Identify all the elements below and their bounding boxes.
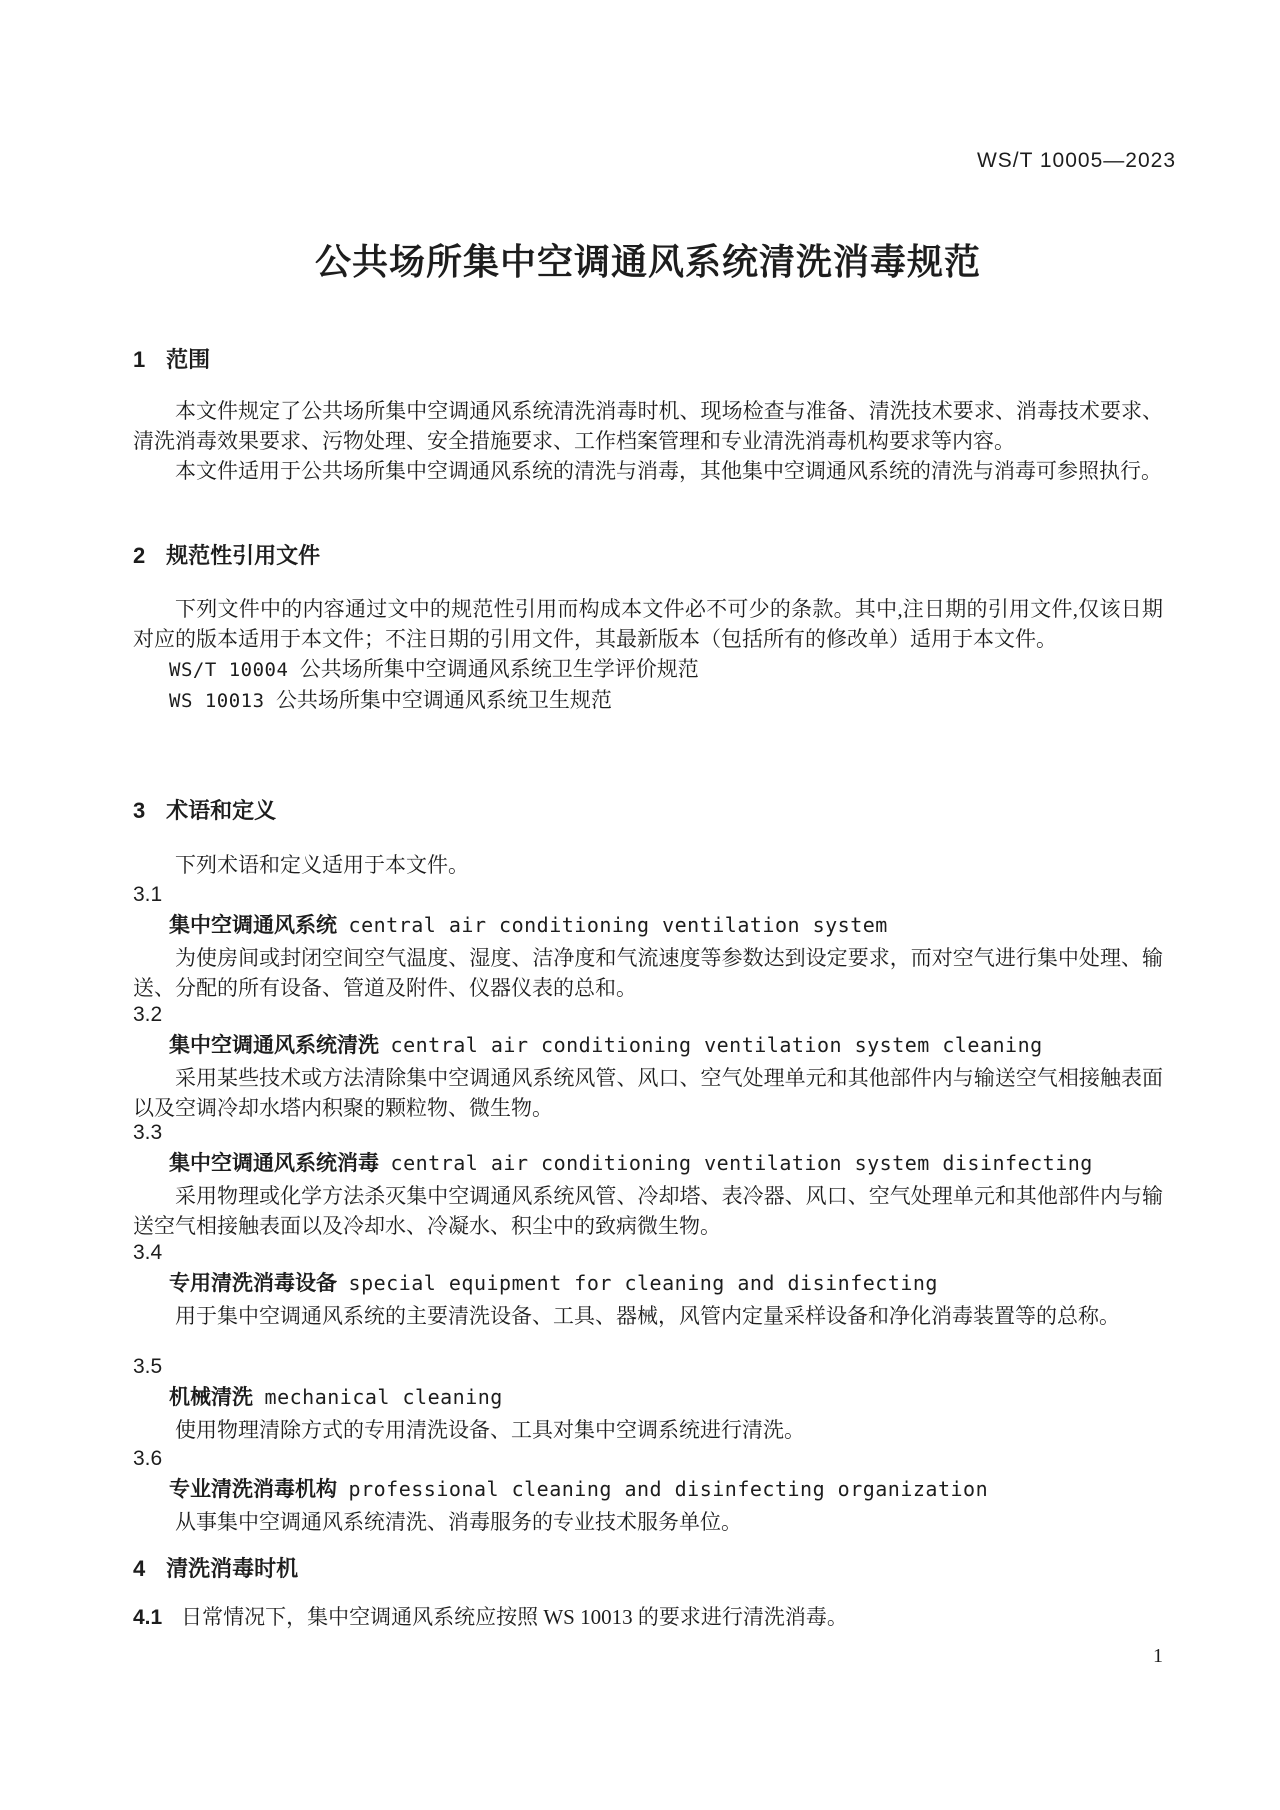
term-name-en: central air conditioning ventilation sys… (349, 913, 888, 937)
section-heading-terms: 3术语和定义 (133, 796, 1163, 826)
term-block-3-6: 3.6 专业清洗消毒机构professional cleaning and di… (133, 1444, 1163, 1537)
term-title-line: 专业清洗消毒机构professional cleaning and disinf… (133, 1474, 1163, 1507)
term-block-3-4: 3.4 专用清洗消毒设备special equipment for cleani… (133, 1238, 1163, 1331)
page-number: 1 (133, 1645, 1163, 1668)
term-name-zh: 集中空调通风系统 (169, 914, 337, 937)
term-name-en: professional cleaning and disinfecting o… (349, 1477, 989, 1501)
section-heading-normative-refs: 2规范性引用文件 (133, 541, 1163, 571)
term-name-zh: 专用清洗消毒设备 (169, 1272, 337, 1295)
section-heading-text: 规范性引用文件 (166, 543, 320, 568)
document-page: WS/T 10005—2023 公共场所集中空调通风系统清洗消毒规范 1范围 本… (0, 0, 1280, 1810)
term-name-zh: 集中空调通风系统清洗 (169, 1034, 379, 1057)
clause-4-1: 4.1日常情况下，集中空调通风系统应按照 WS 10013 的要求进行清洗消毒。 (133, 1602, 1163, 1633)
reference-code: WS 10013 (169, 690, 265, 712)
term-title-line: 集中空调通风系统消毒central air conditioning venti… (133, 1148, 1163, 1181)
section-heading-text: 术语和定义 (166, 798, 276, 823)
reference-item: WS 10013公共场所集中空调通风系统卫生规范 (133, 685, 1163, 716)
paragraph: 下列文件中的内容通过文中的规范性引用而构成本文件必不可少的条款。其中,注日期的引… (133, 594, 1163, 654)
term-definition: 使用物理清除方式的专用清洗设备、工具对集中空调系统进行清洗。 (133, 1415, 1163, 1445)
reference-title: 公共场所集中空调通风系统卫生学评价规范 (300, 657, 699, 681)
term-definition: 为使房间或封闭空间空气温度、湿度、洁净度和气流速度等参数达到设定要求，而对空气进… (133, 943, 1163, 1003)
term-name-en: mechanical cleaning (265, 1385, 503, 1409)
term-name-zh: 集中空调通风系统消毒 (169, 1152, 379, 1175)
term-number: 3.4 (133, 1238, 1163, 1268)
term-title-line: 专用清洗消毒设备special equipment for cleaning a… (133, 1268, 1163, 1301)
term-number: 3.5 (133, 1352, 1163, 1382)
term-title-line: 集中空调通风系统清洗central air conditioning venti… (133, 1030, 1163, 1063)
paragraph: 本文件适用于公共场所集中空调通风系统的清洗与消毒，其他集中空调通风系统的清洗与消… (133, 456, 1163, 486)
reference-title: 公共场所集中空调通风系统卫生规范 (276, 688, 612, 712)
term-number: 3.6 (133, 1444, 1163, 1474)
terms-intro: 下列术语和定义适用于本文件。 (133, 850, 1163, 880)
term-name-en: central air conditioning ventilation sys… (391, 1033, 1043, 1057)
clause-number: 4.1 (133, 1606, 162, 1629)
term-definition: 采用物理或化学方法杀灭集中空调通风系统风管、冷却塔、表冷器、风口、空气处理单元和… (133, 1181, 1163, 1241)
section-normative-refs-body: 下列文件中的内容通过文中的规范性引用而构成本文件必不可少的条款。其中,注日期的引… (133, 594, 1163, 716)
section-number: 3 (133, 796, 145, 826)
section-number: 1 (133, 345, 145, 375)
section-heading-scope: 1范围 (133, 345, 1163, 375)
term-number: 3.1 (133, 880, 1163, 910)
term-name-zh: 机械清洗 (169, 1386, 253, 1409)
section-heading-timing: 4清洗消毒时机 (133, 1554, 1163, 1584)
term-definition: 从事集中空调通风系统清洗、消毒服务的专业技术服务单位。 (133, 1507, 1163, 1537)
reference-item: WS/T 10004公共场所集中空调通风系统卫生学评价规范 (133, 654, 1163, 685)
reference-code: WS/T 10004 (169, 659, 288, 681)
section-scope-body: 本文件规定了公共场所集中空调通风系统清洗消毒时机、现场检查与准备、清洗技术要求、… (133, 396, 1163, 486)
standard-code: WS/T 10005—2023 (977, 149, 1176, 173)
term-title-line: 机械清洗mechanical cleaning (133, 1382, 1163, 1415)
document-title: 公共场所集中空调通风系统清洗消毒规范 (133, 234, 1163, 285)
term-title-line: 集中空调通风系统central air conditioning ventila… (133, 910, 1163, 943)
section-heading-text: 范围 (166, 347, 210, 372)
term-definition: 采用某些技术或方法清除集中空调通风系统风管、风口、空气处理单元和其他部件内与输送… (133, 1063, 1163, 1123)
term-number: 3.3 (133, 1118, 1163, 1148)
term-name-en: special equipment for cleaning and disin… (349, 1271, 938, 1295)
section-number: 4 (133, 1554, 145, 1584)
term-name-zh: 专业清洗消毒机构 (169, 1478, 337, 1501)
clause-text: 日常情况下，集中空调通风系统应按照 WS 10013 的要求进行清洗消毒。 (181, 1605, 848, 1629)
term-block-3-2: 3.2 集中空调通风系统清洗central air conditioning v… (133, 1000, 1163, 1123)
term-block-3-1: 3.1 集中空调通风系统central air conditioning ven… (133, 880, 1163, 1003)
term-name-en: central air conditioning ventilation sys… (391, 1151, 1093, 1175)
term-definition: 用于集中空调通风系统的主要清洗设备、工具、器械，风管内定量采样设备和净化消毒装置… (133, 1301, 1163, 1331)
section-number: 2 (133, 541, 145, 571)
term-number: 3.2 (133, 1000, 1163, 1030)
paragraph: 下列术语和定义适用于本文件。 (133, 850, 1163, 880)
section-heading-text: 清洗消毒时机 (166, 1556, 298, 1581)
term-block-3-3: 3.3 集中空调通风系统消毒central air conditioning v… (133, 1118, 1163, 1241)
paragraph: 本文件规定了公共场所集中空调通风系统清洗消毒时机、现场检查与准备、清洗技术要求、… (133, 396, 1163, 456)
term-block-3-5: 3.5 机械清洗mechanical cleaning 使用物理清除方式的专用清… (133, 1352, 1163, 1445)
